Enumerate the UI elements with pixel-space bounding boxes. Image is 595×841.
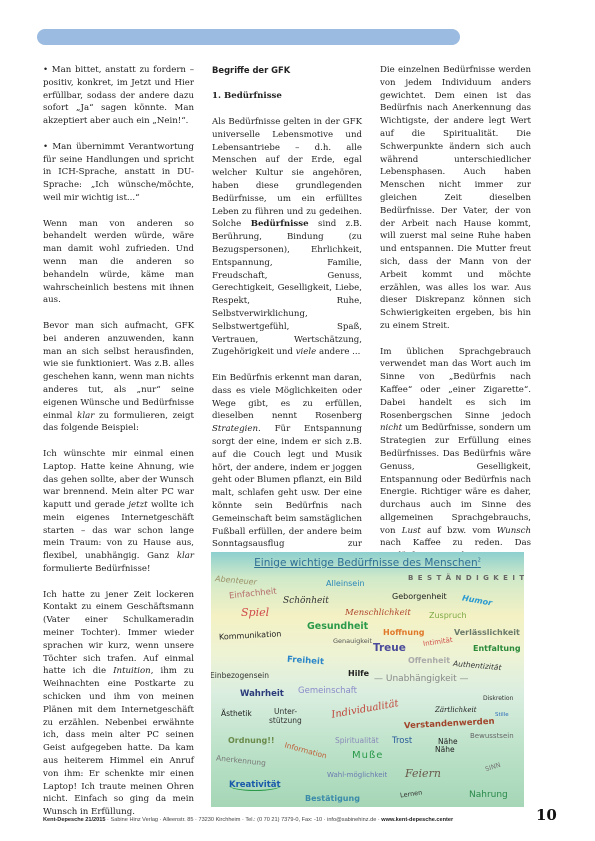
word: Alleinsein — [326, 579, 365, 588]
word: Freiheit — [287, 655, 325, 668]
text: um Bedürfnisse, sondern um Strategien zu… — [380, 423, 531, 535]
word: stützung — [269, 716, 302, 725]
word: Nähe — [435, 745, 455, 754]
text: , ihm zu Weihnachten eine Postkarte zu s… — [43, 666, 194, 817]
word: Wahrheit — [240, 689, 284, 699]
word: Einfachheit — [229, 587, 277, 602]
footer: Kent-Depesche 21/2015 · Sabine Hinz Verl… — [43, 817, 513, 823]
word: Entfaltung — [473, 644, 521, 653]
website-link[interactable]: www.kent-depesche.center — [381, 817, 453, 823]
text: Ich hatte zu jener Zeit lockeren Kontakt… — [43, 590, 194, 677]
emphasis: Strategien — [212, 424, 258, 434]
figure-title: Einige wichtige Bedürfnisse des Menschen… — [211, 557, 524, 569]
word: Humor — [461, 593, 492, 607]
column-2: Begriffe der GFK 1. Bedürfnisse Als Bedü… — [212, 64, 362, 589]
publication-name: Kent-Depesche 21/2015 — [43, 817, 106, 823]
word: Verstandenwerden — [404, 717, 495, 732]
text: formulierte Bedürfnisse! — [43, 564, 150, 574]
word: Kommunikation — [219, 629, 282, 641]
word: Ordnung!! — [228, 736, 275, 745]
word: Bewusstsein — [470, 732, 514, 740]
paragraph: Als Bedürfnisse gelten in der GFK univer… — [212, 116, 362, 359]
word: Gesundheit — [307, 621, 368, 632]
emphasis: viele — [296, 347, 317, 357]
word: Muße — [352, 750, 383, 761]
publisher-info: · Sabine Hinz Verlag · Alleenstr. 85 · 7… — [106, 817, 382, 823]
word: Authentizität — [453, 659, 502, 672]
text: andere ... — [316, 347, 360, 357]
paragraph: Bevor man sich aufmacht, GFK bei anderen… — [43, 320, 194, 435]
page-number: 10 — [536, 806, 557, 824]
word: SINN — [484, 761, 501, 773]
text: Bevor man sich aufmacht, GFK bei anderen… — [43, 321, 194, 421]
word: Kreativität — [229, 780, 281, 791]
word: Schönheit — [283, 596, 329, 606]
word: Information — [284, 741, 328, 761]
needs-word-cloud-figure: Einige wichtige Bedürfnisse des Menschen… — [211, 552, 524, 807]
emphasis: Intuition — [113, 666, 151, 676]
emphasis: nicht — [380, 423, 402, 433]
bold-text: Bedürfnisse — [251, 219, 309, 229]
paragraph: Ein Bedürfnis erkennt man daran, dass es… — [212, 372, 362, 577]
section-heading: Begriffe der GFK — [212, 64, 362, 76]
emphasis: klar — [77, 411, 94, 421]
word: Verlässlichkeit — [454, 628, 520, 637]
word: Bestätigung — [305, 794, 360, 803]
word: Feiern — [405, 767, 441, 780]
word: Offenheit — [408, 656, 450, 665]
emphasis: jetzt — [128, 500, 147, 510]
word: Diskretion — [483, 695, 513, 702]
word: Individualität — [331, 698, 400, 721]
paragraph: Im üblichen Sprachgebrauch verwendet man… — [380, 346, 531, 564]
word: Intimität — [423, 636, 454, 648]
footnote-ref: 2 — [478, 558, 481, 564]
emphasis: Lust — [402, 526, 421, 536]
word: Anerkennung — [216, 753, 267, 767]
word: Trost — [392, 736, 412, 746]
word: Abenteuer — [215, 574, 258, 587]
text: Als Bedürfnisse gelten in der GFK univer… — [212, 117, 362, 229]
word: Unter- — [274, 707, 297, 716]
paragraph: Die einzelnen Bedürfnisse werden von jed… — [380, 64, 531, 333]
emphasis: Wunsch — [497, 526, 531, 536]
word: Geborgenheit — [392, 592, 447, 601]
word: — Unabhängigkeit — — [374, 674, 469, 684]
word: Hilfe — [348, 669, 369, 678]
word: Lernen — [400, 788, 423, 799]
word: Einbezogensein — [211, 671, 269, 680]
text: auf bzw. vom — [421, 526, 497, 536]
word: Menschlichkeit — [345, 608, 411, 618]
emphasis: klar — [177, 551, 194, 561]
word: Wahl-möglichkeit — [327, 771, 387, 779]
word: Treue — [373, 642, 406, 654]
word: Zärtlichkeit — [435, 706, 477, 714]
paragraph: Ich hatte zu jener Zeit lockeren Kontakt… — [43, 589, 194, 819]
paragraph: • Man bittet, anstatt zu fordern – posit… — [43, 64, 194, 128]
header-bar — [37, 29, 460, 45]
word: Zuspruch — [429, 611, 467, 620]
word: Nahrung — [469, 790, 508, 800]
column-1: • Man bittet, anstatt zu fordern – posit… — [43, 64, 194, 832]
text: Ein Bedürfnis erkennt man daran, dass es… — [212, 373, 362, 421]
subsection-heading: 1. Bedürfnisse — [212, 90, 362, 102]
figure-title-text: Einige wichtige Bedürfnisse des Menschen — [254, 557, 477, 569]
word: Spiel — [241, 606, 269, 619]
text: sind z.B. Berührung, Bindung (zu Bezugsp… — [212, 219, 362, 357]
column-3: Die einzelnen Bedürfnisse werden von jed… — [380, 64, 531, 576]
paragraph: • Man übernimmt Verantwortung für seine … — [43, 141, 194, 205]
word: Hoffnung — [383, 628, 424, 637]
word: Ästhetik — [221, 709, 252, 718]
word: B E S T Ä N D I G K E I T — [408, 574, 524, 582]
word: Spiritualität — [335, 736, 379, 745]
word: Gemeinschaft — [298, 686, 357, 696]
word: Stille — [495, 712, 509, 718]
text: Im üblichen Sprachgebrauch verwendet man… — [380, 347, 531, 421]
word: Genauigkeit — [333, 637, 372, 645]
paragraph: Ich wünschte mir einmal einen Laptop. Ha… — [43, 448, 194, 576]
paragraph: Wenn man von anderen so behandelt werden… — [43, 218, 194, 308]
